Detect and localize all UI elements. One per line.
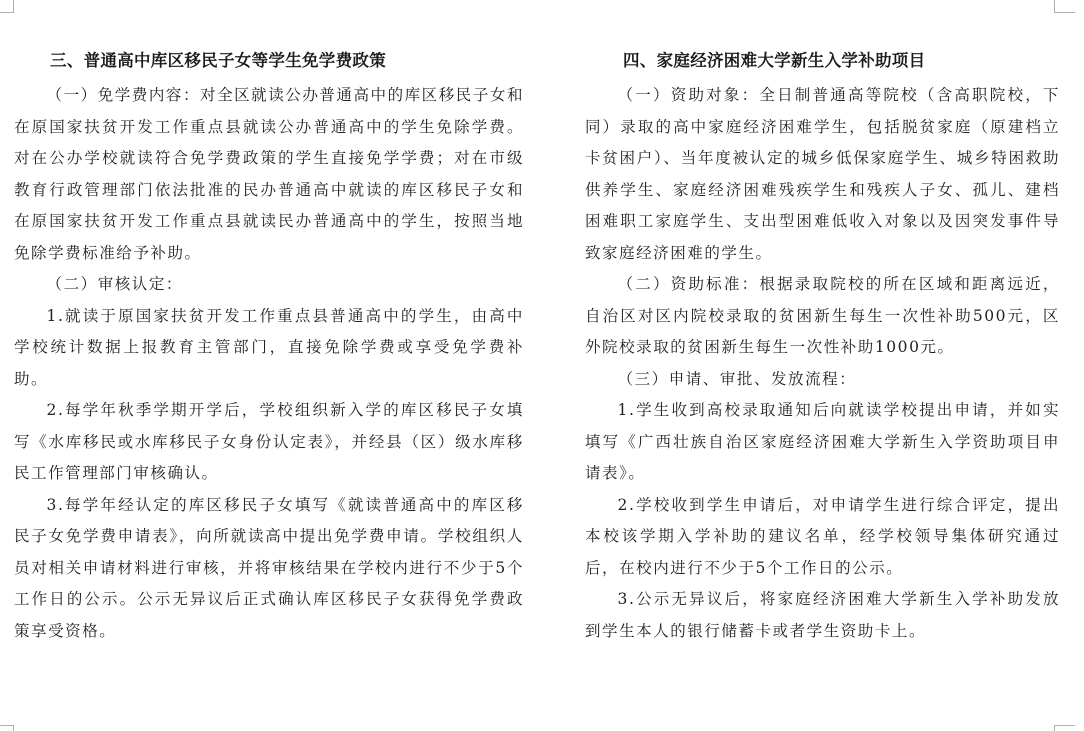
section-3-paragraph-1: （一）免学费内容：对全区就读公办普通高中的库区移民子女和在原国家扶贫开发工作重点…	[14, 80, 524, 269]
section-3-column: 三、普通高中库区移民子女等学生免学费政策 （一）免学费内容：对全区就读公办普通高…	[14, 46, 524, 647]
crop-mark-bottom-left	[0, 725, 14, 731]
section-3-paragraph-4: 2.每学年秋季学期开学后，学校组织新入学的库区移民子女填写《水库移民或水库移民子…	[14, 395, 524, 490]
crop-mark-top-right	[1054, 0, 1075, 13]
section-3-heading: 三、普通高中库区移民子女等学生免学费政策	[14, 46, 524, 76]
section-4-paragraph-6: 3.公示无异议后，将家庭经济困难大学新生入学补助发放到学生本人的银行储蓄卡或者学…	[585, 584, 1060, 647]
section-4-paragraph-4: 1.学生收到高校录取通知后向就读学校提出申请，并如实填写《广西壮族自治区家庭经济…	[585, 395, 1060, 490]
crop-mark-top-left	[0, 0, 14, 13]
section-4-paragraph-2: （二）资助标准：根据录取院校的所在区域和距离远近，自治区对区内院校录取的贫困新生…	[585, 269, 1060, 364]
section-4-column: 四、家庭经济困难大学新生入学补助项目 （一）资助对象：全日制普通高等院校（含高职…	[585, 46, 1060, 647]
crop-mark-bottom-right	[1054, 725, 1075, 731]
section-4-heading: 四、家庭经济困难大学新生入学补助项目	[585, 46, 1060, 76]
section-3-paragraph-2: （二）审核认定：	[14, 269, 524, 301]
section-3-paragraph-3: 1.就读于原国家扶贫开发工作重点县普通高中的学生，由高中学校统计数据上报教育主管…	[14, 301, 524, 396]
section-4-paragraph-5: 2.学校收到学生申请后，对申请学生进行综合评定，提出本校该学期入学补助的建议名单…	[585, 490, 1060, 585]
section-4-paragraph-1: （一）资助对象：全日制普通高等院校（含高职院校，下同）录取的高中家庭经济困难学生…	[585, 80, 1060, 269]
section-3-paragraph-5: 3.每学年经认定的库区移民子女填写《就读普通高中的库区移民子女免学费申请表》，向…	[14, 490, 524, 648]
section-4-paragraph-3: （三）申请、审批、发放流程：	[585, 364, 1060, 396]
